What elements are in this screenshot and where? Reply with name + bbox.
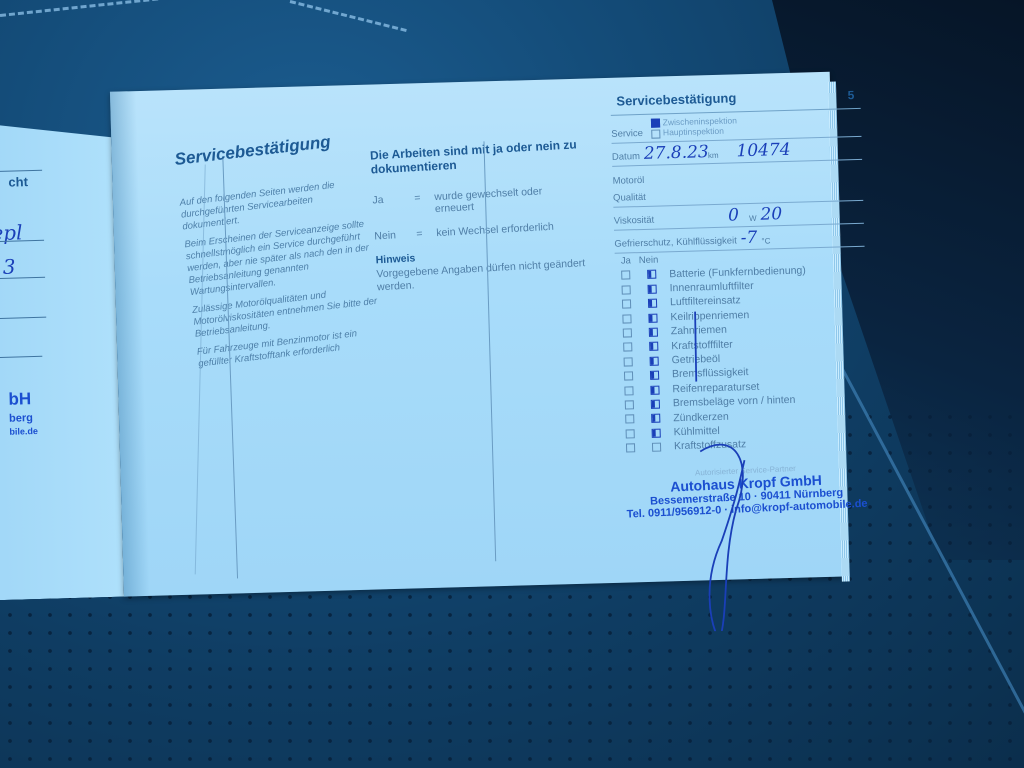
date-value[interactable]: 27.8.23	[644, 144, 704, 162]
checklist-item-label: Keilrippenriemen	[670, 309, 749, 323]
right-page: Servicebestätigung Auf den folgenden Sei…	[110, 72, 844, 597]
option-hauptinspektion[interactable]: Hauptinspektion	[651, 126, 737, 139]
left-page-header-fragment: cht	[8, 174, 28, 190]
left-page-stamp-web: bile.de	[9, 426, 38, 437]
checklist-item-label: Luftfiltereinsatz	[670, 295, 741, 309]
checkbox-ja[interactable]	[622, 314, 631, 323]
checkbox-unchecked[interactable]	[651, 129, 660, 138]
checklist-item-label: Kraftstofffilter	[671, 338, 733, 352]
left-page-rule	[0, 170, 42, 173]
left-page-field-line	[0, 277, 45, 280]
checkbox-nein[interactable]	[651, 414, 660, 423]
frostschutz-value[interactable]: -7	[741, 229, 758, 245]
checkbox-nein[interactable]	[648, 299, 657, 308]
viskositaet-value-a[interactable]: 0	[728, 207, 739, 223]
checkbox-nein[interactable]	[648, 284, 657, 293]
checklist-item-label: Kühlmittel	[673, 425, 719, 438]
checkbox-nein[interactable]	[648, 313, 657, 322]
checklist-item-label: Bremsflüssigkeit	[672, 367, 749, 381]
maintenance-checklist: Batterie (Funkfernbedienung)Innenraumluf…	[615, 261, 870, 455]
checklist-item-label: Getriebeöl	[671, 353, 720, 366]
checkbox-nein[interactable]	[650, 385, 659, 394]
checkbox-nein[interactable]	[649, 328, 658, 337]
checkbox-ja[interactable]	[622, 300, 631, 309]
checkbox-nein[interactable]	[650, 371, 659, 380]
checkbox-ja[interactable]	[624, 357, 633, 366]
checkbox-ja[interactable]	[626, 429, 635, 438]
left-page-stamp-fragment: bH	[8, 389, 31, 410]
dealer-stamp: Autorisierter Service-Partner Autohaus K…	[620, 460, 872, 520]
legend-title: Die Arbeiten sind mit ja oder nein zu do…	[370, 137, 581, 176]
left-page: cht repl 3 bH berg bile.de	[0, 92, 124, 601]
left-page-number-fragment: 3	[2, 255, 15, 279]
checkbox-ja[interactable]	[623, 343, 632, 352]
intro-title: Servicebestätigung	[174, 128, 365, 170]
checklist-item-label: Zahnriemen	[671, 324, 727, 338]
checkbox-ja[interactable]	[625, 400, 634, 409]
page-number: 5	[847, 88, 854, 102]
checkbox-ja[interactable]	[626, 443, 635, 452]
checklist-item-label: Kraftstoffzusatz	[674, 439, 746, 453]
checkbox-ja[interactable]	[623, 328, 632, 337]
checkbox-nein[interactable]	[651, 400, 660, 409]
km-value[interactable]: 10474	[736, 141, 791, 159]
checklist-item-label: Innenraumluftfilter	[669, 280, 753, 294]
viskositaet-value-b[interactable]: 20	[760, 206, 782, 223]
checklist-item-label: Reifenreparaturset	[672, 381, 759, 395]
left-page-field-line	[0, 356, 42, 359]
intro-column: Servicebestätigung Auf den folgenden Sei…	[174, 128, 389, 376]
checkbox-ja[interactable]	[621, 271, 630, 280]
checkbox-ja[interactable]	[624, 371, 633, 380]
legend-column: Die Arbeiten sind mit ja oder nein zu do…	[370, 137, 588, 294]
checkbox-nein[interactable]	[652, 428, 661, 437]
checkbox-nein[interactable]	[650, 356, 659, 365]
checkbox-ja[interactable]	[625, 415, 634, 424]
left-page-field-line	[0, 317, 46, 320]
legend-definition-ja: Ja = wurde gewechselt oder erneuert	[372, 183, 583, 218]
checklist-item-label: Zündkerzen	[673, 410, 729, 424]
checkbox-nein[interactable]	[649, 342, 658, 351]
checkbox-ja[interactable]	[624, 386, 633, 395]
checkbox-checked[interactable]	[651, 119, 660, 128]
page-header-title: Servicebestätigung	[616, 90, 736, 108]
left-page-stamp-city: berg	[9, 412, 33, 425]
service-form: Servicebestätigung 5 Service Zwischenins…	[610, 77, 872, 518]
service-booklet: cht repl 3 bH berg bile.de Servicebestät…	[0, 71, 854, 615]
checkbox-nein[interactable]	[652, 443, 661, 452]
checkbox-nein[interactable]	[647, 270, 656, 279]
legend-definition-nein: Nein = kein Wechsel erforderlich	[374, 219, 584, 242]
checkbox-ja[interactable]	[622, 285, 631, 294]
